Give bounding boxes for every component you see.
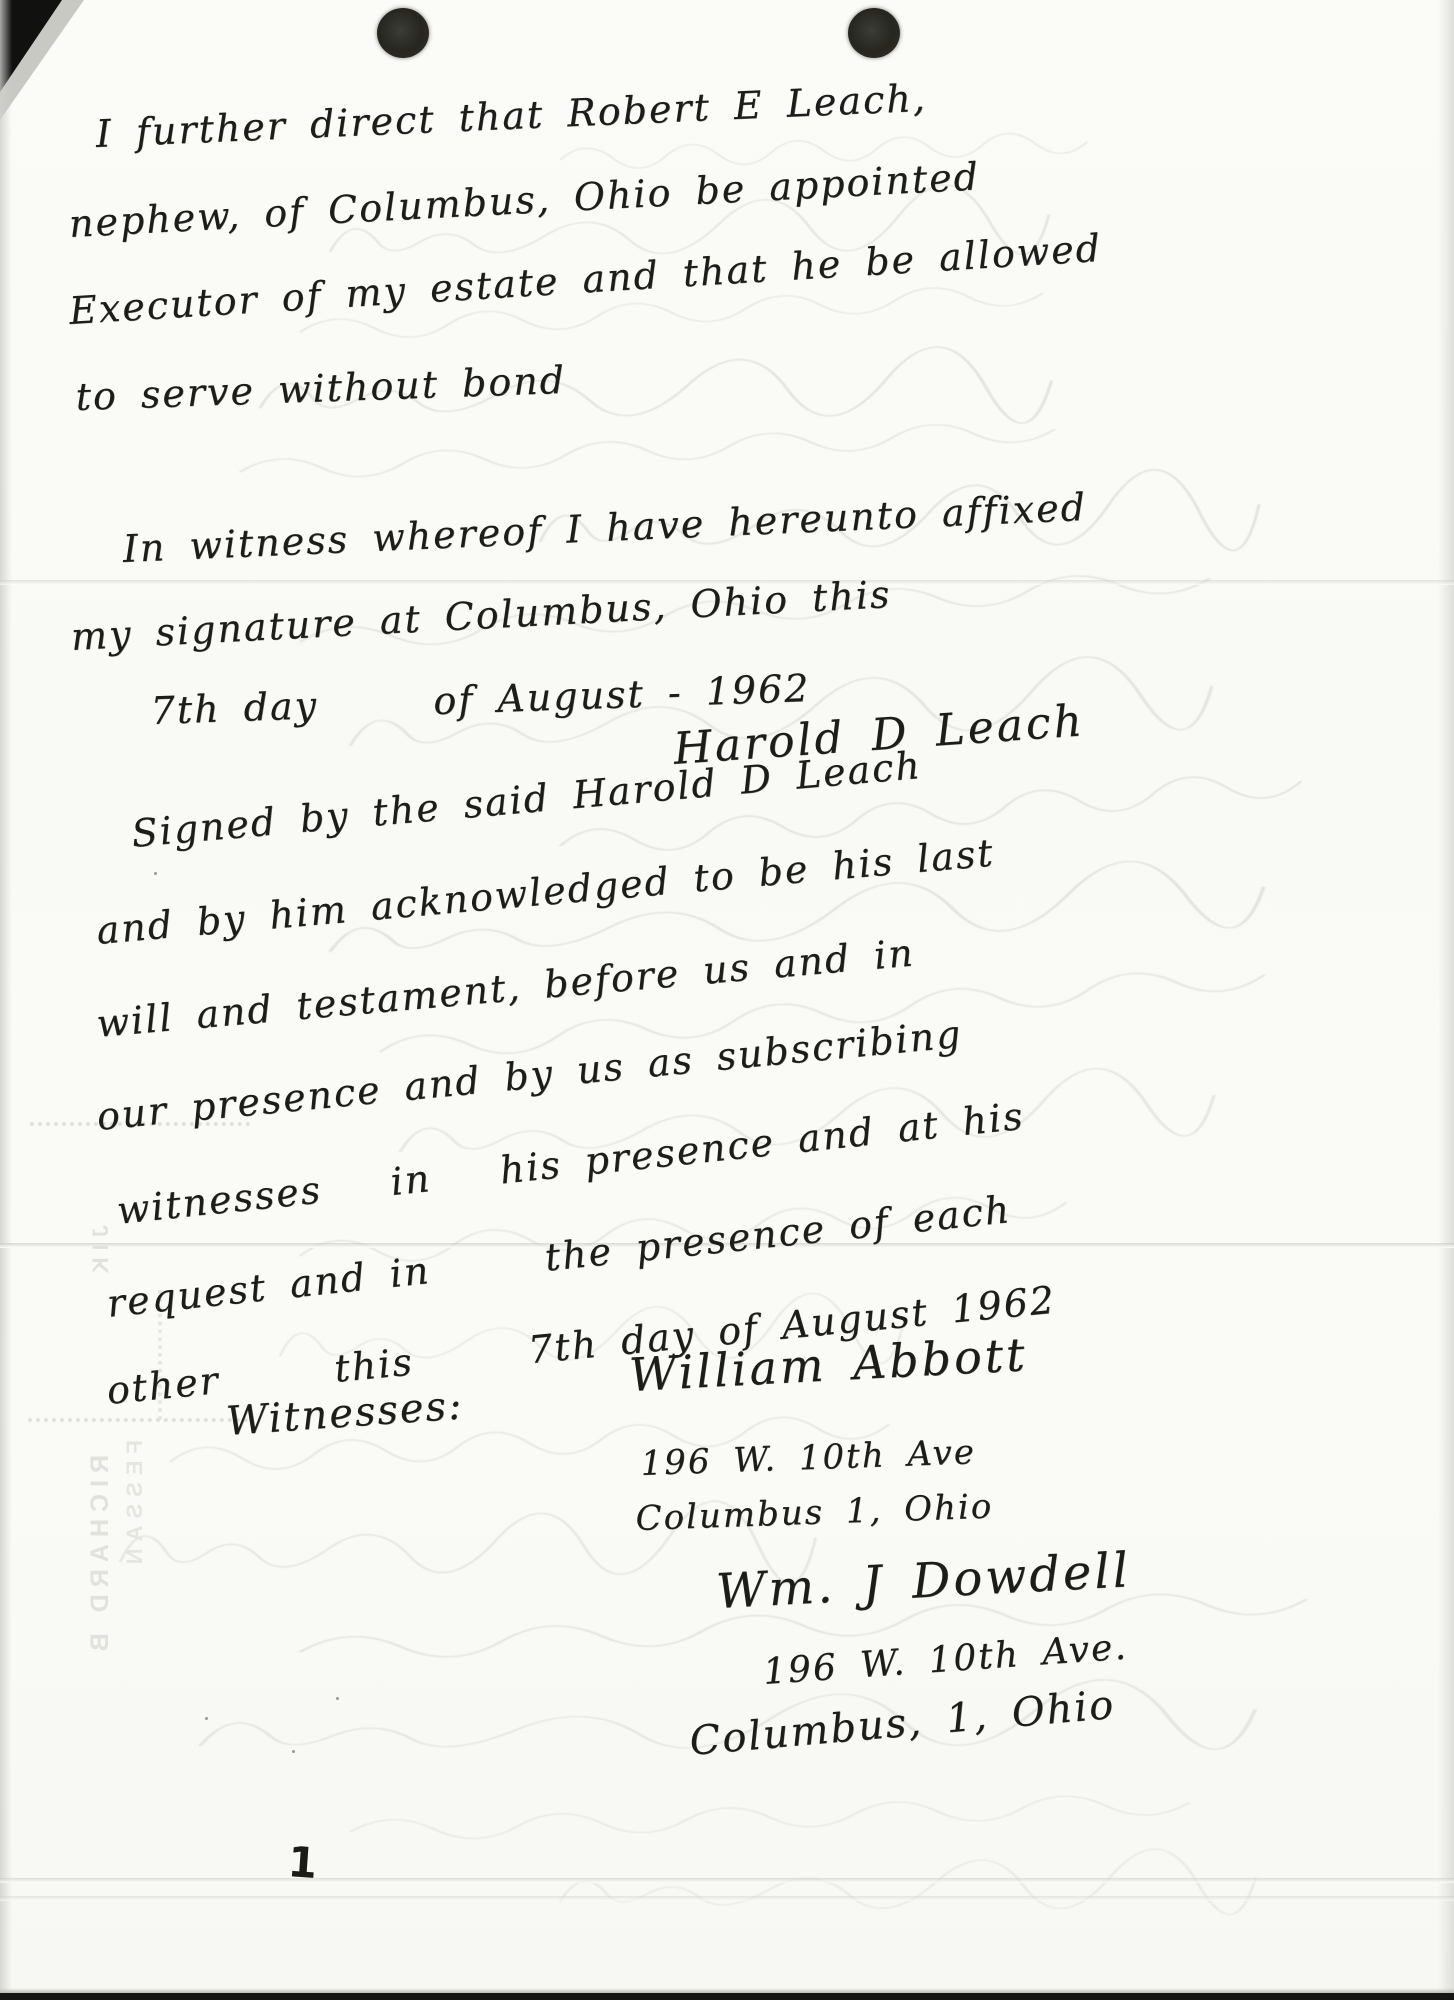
stamp-dotted-border (28, 1418, 248, 1422)
punch-hole-left (377, 8, 429, 58)
page-left-edge-shadow (0, 0, 12, 2000)
dust-speck (154, 872, 157, 875)
dust-speck (292, 1750, 295, 1753)
page-number-mark: 1 (286, 1837, 319, 1888)
stamp-bleedthrough-text: FESSAN (122, 1440, 148, 1571)
stamp-bleedthrough-text: RICHARD B (86, 1455, 115, 1658)
punch-hole-right (848, 8, 900, 58)
scanner-bottom-band (0, 1993, 1454, 2000)
dust-speck (205, 1717, 208, 1720)
page-right-edge-shadow (1438, 0, 1454, 2000)
fold-crease (0, 1878, 1454, 1883)
scanned-will-page: JIK RICHARD B FESSAN I further direct th… (0, 0, 1454, 2000)
dust-speck (336, 1697, 339, 1700)
fold-crease (0, 1896, 1454, 1901)
stamp-bleedthrough-text: JIK (88, 1225, 114, 1280)
